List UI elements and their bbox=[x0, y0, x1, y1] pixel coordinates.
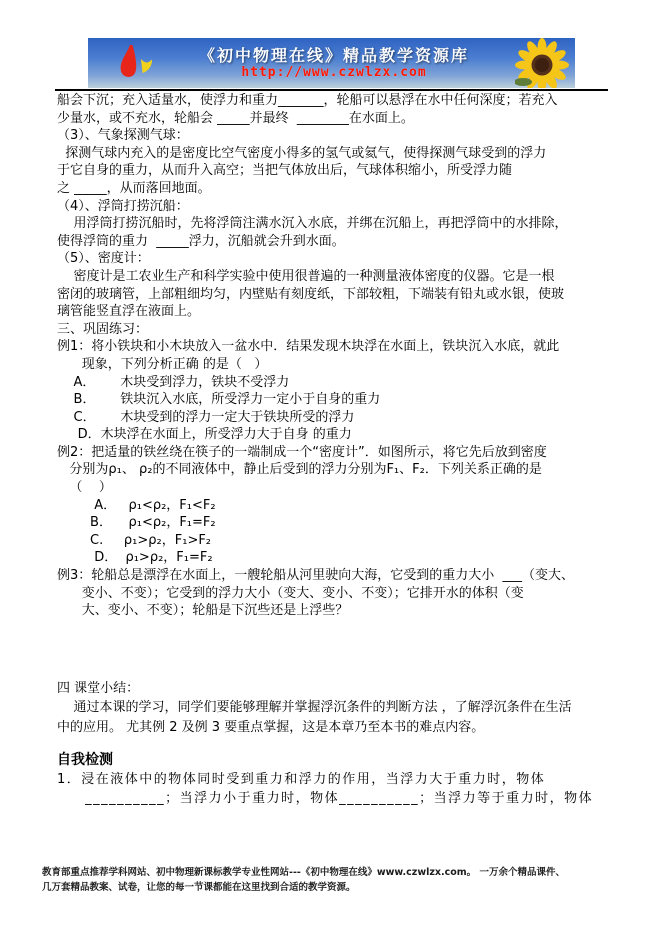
example2-stem: （ ） bbox=[57, 479, 613, 497]
summary-text: 中的应用。 尤其例 2 及例 3 要重点掌握，这是本章乃至本书的难点内容。 bbox=[57, 718, 613, 737]
text-line: 用浮筒打捞沉船时，先将浮筒注满水沉入水底，并绑在沉船上，再把浮筒中的水排除， bbox=[57, 215, 613, 233]
banner-url: http://www.czwlzx.com bbox=[148, 65, 520, 80]
sunflower-icon bbox=[515, 38, 569, 88]
text-line: 于它自身的重力，从而升入高空；当把气体放出后，气球体积缩小，所受浮力随 bbox=[57, 162, 613, 180]
self-test-section: 自我检测 1．浸在液体中的物体同时受到重力和浮力的作用，当浮力大于重力时，物体 … bbox=[57, 750, 613, 809]
section-heading-weather-balloon: （3）、气象探测气球： bbox=[57, 127, 613, 145]
example2-stem: 例2：把适量的铁丝绕在筷子的一端制成一个“密度计”．如图所示，将它先后放到密度 bbox=[57, 444, 613, 462]
summary-heading: 四 课堂小结： bbox=[57, 679, 613, 698]
text-line: 少量水，或不充水，轮船会 _____并最终 ________在水面上。 bbox=[57, 110, 613, 128]
example1-option-b: B． 铁块沉入水底，所受浮力一定小于自身的重力 bbox=[57, 391, 613, 409]
example3-stem: 变小、不变）；它受到的浮力大小（变大、变小、不变）；它排开水的体积（变 bbox=[57, 585, 613, 603]
section-heading-salvage: （4）、浮筒打捞沉船： bbox=[57, 198, 613, 216]
example1-stem: 现象，下列分析正确 的是（ ） bbox=[57, 356, 613, 374]
example3-stem: 大、变小、不变）；轮船是下沉些还是上浮些？ bbox=[57, 602, 613, 620]
text-line: 之 _____，从而落回地面。 bbox=[57, 180, 613, 198]
self-test-question: 1．浸在液体中的物体同时受到重力和浮力的作用，当浮力大于重力时，物体 bbox=[57, 770, 613, 789]
example2-option-b: B． ρ₁<ρ₂，F₁=F₂ bbox=[57, 514, 613, 532]
section-heading-hydrometer: （5）、密度计： bbox=[57, 250, 613, 268]
text-line: 探测气球内充入的是密度比空气密度小得多的氢气或氦气，使得探测气球受到的浮力 bbox=[57, 145, 613, 163]
worksheet-body: 船会下沉；充入适量水，使浮力和重力_______，轮船可以悬浮在水中任何深度；若… bbox=[57, 92, 613, 620]
section-heading-practice: 三、巩固练习： bbox=[57, 321, 613, 339]
text-line: 璃管能竖直浮在液面上。 bbox=[57, 303, 613, 321]
text-line: 密闭的玻璃管，上部粗细均匀，内壁贴有刻度纸，下部较粗，下端装有铅丸或水银，使玻 bbox=[57, 286, 613, 304]
example1-option-a: A． 木块受到浮力，铁块不受浮力 bbox=[57, 374, 613, 392]
example2-option-a: A． ρ₁<ρ₂，F₁<F₂ bbox=[57, 497, 613, 515]
footer-text-line: 几万套精品教案、试卷，让您的每一节课都能在这里找到合适的教学资源。 bbox=[42, 881, 642, 896]
footer-note: 教育部重点推荐学科网站、初中物理新课标教学专业性网站---《初中物理在线》www… bbox=[42, 866, 642, 895]
text-line: 密度计是工农业生产和科学实验中使用很普遍的一种测量液体密度的仪器。它是一根 bbox=[57, 268, 613, 286]
example1-option-d: D．木块浮在水面上，所受浮力大于自身 的重力 bbox=[57, 426, 613, 444]
header-banner: 《初中物理在线》精品教学资源库 http://www.czwlzx.com bbox=[88, 38, 575, 88]
summary-text: 通过本课的学习，同学们要能够理解并掌握浮沉条件的判断方法 ，了解浮沉条件在生活 bbox=[57, 698, 613, 717]
footer-text-line: 教育部重点推荐学科网站、初中物理新课标教学专业性网站---《初中物理在线》www… bbox=[42, 866, 642, 881]
text-line: 船会下沉；充入适量水，使浮力和重力_______，轮船可以悬浮在水中任何深度；若… bbox=[57, 92, 613, 110]
example1-option-c: C． 木块受到的浮力一定大于铁块所受的浮力 bbox=[57, 409, 613, 427]
self-test-question: __________；当浮力小于重力时，物体__________；当浮力等于重力… bbox=[57, 789, 613, 808]
example2-option-c: C. ρ₁>ρ₂，F₁>F₂ bbox=[57, 532, 613, 550]
worksheet-page: 《初中物理在线》精品教学资源库 http://www.czwlzx.com bbox=[0, 0, 661, 936]
example3-stem: 例3：轮船总是漂浮在水面上，一艘轮船从河里驶向大海，它受到的重力大小 ___（变… bbox=[57, 567, 613, 585]
example2-option-d: D． ρ₁>ρ₂，F₁=F₂ bbox=[57, 549, 613, 567]
example2-stem: 分别为ρ₁、 ρ₂的不同液体中，静止后受到的浮力分别为F₁、F₂．下列关系正确的… bbox=[57, 461, 613, 479]
banner-title: 《初中物理在线》精品教学资源库 bbox=[148, 43, 520, 66]
self-test-heading: 自我检测 bbox=[57, 750, 613, 770]
example1-stem: 例1：将小铁块和小木块放入一盆水中．结果发现木块浮在水面上，铁块沉入水底，就此 bbox=[57, 338, 613, 356]
text-line: 使得浮筒的重力 _____浮力，沉船就会升到水面。 bbox=[57, 233, 613, 251]
class-summary: 四 课堂小结： 通过本课的学习，同学们要能够理解并掌握浮沉条件的判断方法 ，了解… bbox=[57, 679, 613, 737]
header-divider bbox=[55, 89, 608, 91]
